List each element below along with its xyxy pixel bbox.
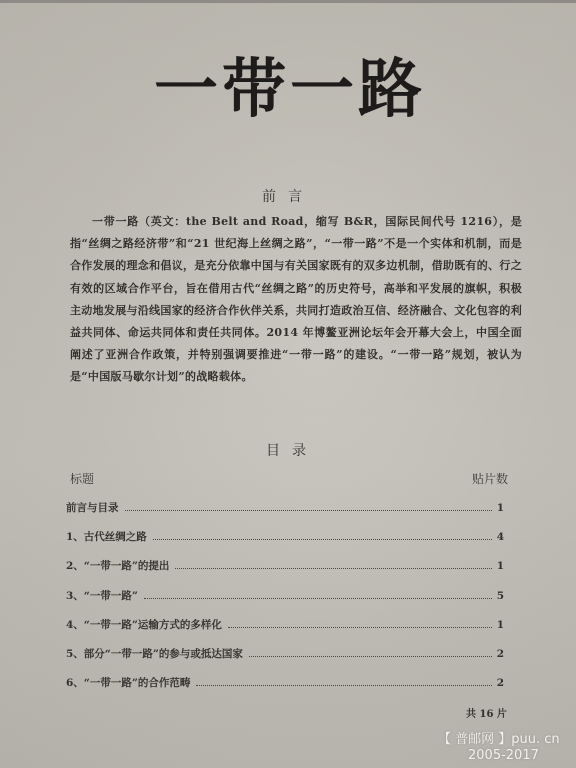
toc-item-count: 5 (492, 590, 504, 602)
toc-item: 1、古代丝绸之路 4 (66, 529, 504, 558)
toc-item-label: 5、部分“一带一路”的参与或抵达国家 (66, 646, 249, 661)
toc-item-label: 2、“一带一路”的提出 (66, 558, 175, 573)
paper-edge (0, 0, 576, 3)
toc-item-label: 6、“一带一路”的合作范畴 (66, 675, 196, 690)
preface-heading: 前言 (0, 186, 576, 206)
toc-item: 3、“一带一路” 5 (66, 588, 504, 617)
toc-item-count: 2 (492, 677, 504, 689)
toc-item-label: 4、“一带一路”运输方式的多样化 (66, 617, 228, 632)
toc-item: 6、“一带一路”的合作范畴 2 (66, 675, 504, 704)
preface-body: 一带一路（英文：the Belt and Road，缩写 B&R，国际民间代号 … (70, 211, 522, 389)
toc-leader-dots (153, 539, 492, 540)
toc-column-title: 标题 (70, 470, 94, 487)
main-title: 一带一路 (150, 58, 430, 122)
toc-leader-dots (228, 627, 492, 628)
toc-column-count: 贴片数 (472, 470, 508, 487)
toc-item: 5、部分“一带一路”的参与或抵达国家 2 (66, 646, 504, 675)
watermark: 【 普邮网 】puu. cn 2005-2017 (438, 732, 576, 764)
toc-item-label: 前言与目录 (66, 500, 125, 515)
toc-item-count: 4 (492, 531, 504, 543)
toc-leader-dots (196, 685, 492, 686)
toc-item-label: 3、“一带一路” (66, 588, 144, 603)
toc-leader-dots (125, 510, 493, 511)
toc-list: 前言与目录 1 1、古代丝绸之路 4 2、“一带一路”的提出 1 3、“一带一路… (66, 500, 504, 704)
toc-item-count: 1 (492, 502, 504, 514)
document-page: 一带一路 前言 一带一路（英文：the Belt and Road，缩写 B&R… (0, 0, 576, 768)
toc-item: 2、“一带一路”的提出 1 (66, 558, 504, 587)
watermark-years: 2005-2017 (438, 748, 576, 764)
toc-item-label: 1、古代丝绸之路 (66, 529, 153, 544)
toc-item: 前言与目录 1 (66, 500, 504, 529)
toc-item-count: 2 (492, 648, 504, 660)
toc-total: 共 16 片 (466, 705, 507, 720)
toc-column-headers: 标题 贴片数 (70, 470, 508, 487)
toc-item: 4、“一带一路”运输方式的多样化 1 (66, 617, 504, 646)
toc-leader-dots (175, 568, 492, 569)
toc-item-count: 1 (492, 560, 504, 572)
watermark-site: 【 普邮网 】puu. cn (438, 732, 576, 748)
toc-leader-dots (144, 598, 492, 599)
toc-leader-dots (249, 656, 492, 657)
toc-item-count: 1 (492, 619, 504, 631)
toc-heading: 目录 (4, 440, 576, 460)
